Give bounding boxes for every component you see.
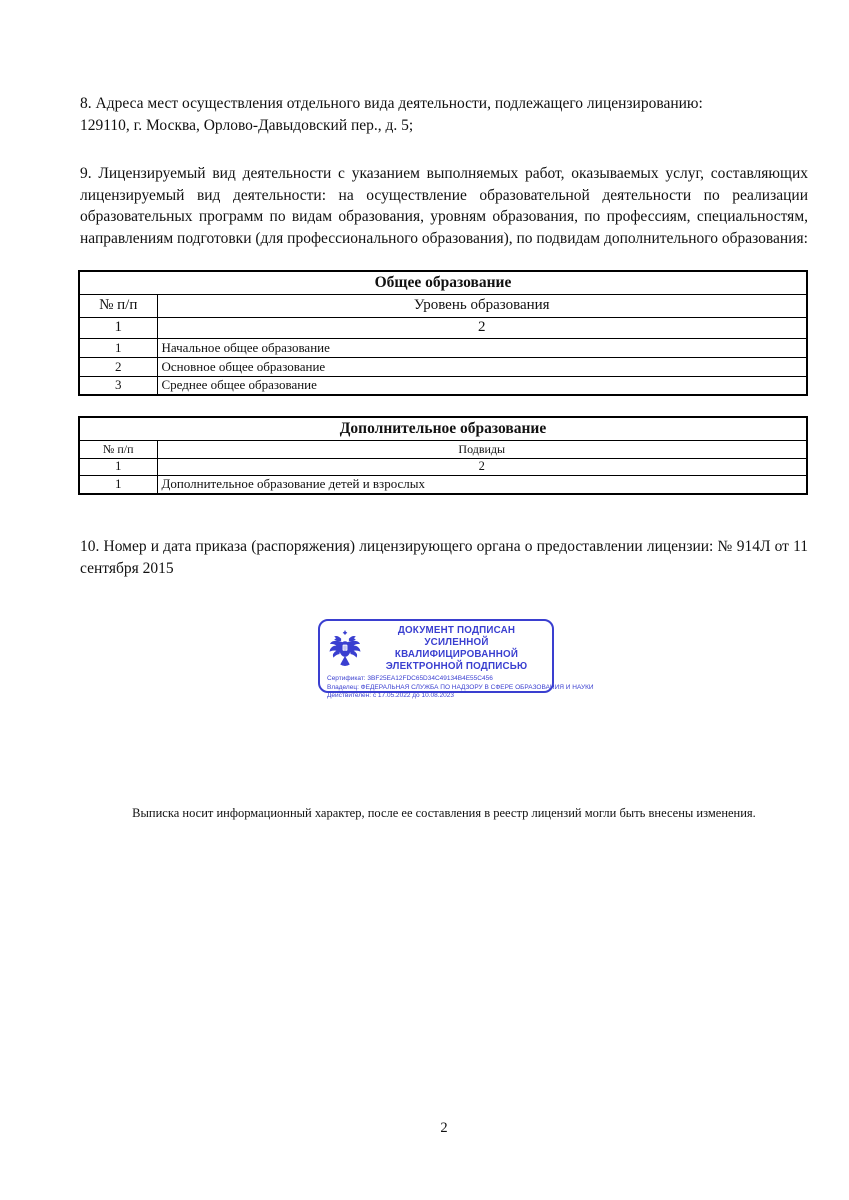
column-index-2: 2 bbox=[157, 317, 807, 338]
table-title: Дополнительное образование bbox=[79, 417, 807, 440]
education-level: Начальное общее образование bbox=[157, 338, 807, 357]
stamp-title: ДОКУМЕНТ ПОДПИСАН УСИЛЕННОЙ КВАЛИФИЦИРОВ… bbox=[368, 625, 545, 673]
footer-note: Выписка носит информационный характер, п… bbox=[80, 806, 808, 821]
column-header-number: № п/п bbox=[79, 440, 157, 458]
education-subtype: Дополнительное образование детей и взрос… bbox=[157, 475, 807, 494]
column-index-2: 2 bbox=[157, 458, 807, 475]
section-8-address: 129110, г. Москва, Орлово-Давыдовский пе… bbox=[80, 115, 808, 137]
general-education-table: Общее образование № п/п Уровень образова… bbox=[78, 270, 808, 396]
table-row: 2 Основное общее образование bbox=[79, 357, 807, 376]
column-header-level: Уровень образования bbox=[157, 294, 807, 317]
table-row: 3 Среднее общее образование bbox=[79, 376, 807, 395]
education-level: Среднее общее образование bbox=[157, 376, 807, 395]
row-number: 2 bbox=[79, 357, 157, 376]
column-index-1: 1 bbox=[79, 458, 157, 475]
table-row: 1 Дополнительное образование детей и взр… bbox=[79, 475, 807, 494]
section-8-heading: 8. Адреса мест осуществления отдельного … bbox=[80, 93, 808, 115]
license-extract-page: 8. Адреса мест осуществления отдельного … bbox=[0, 0, 849, 1200]
column-header-subtypes: Подвиды bbox=[157, 440, 807, 458]
page-number: 2 bbox=[80, 1120, 808, 1137]
section-9: 9. Лицензируемый вид деятельности с указ… bbox=[80, 163, 808, 249]
education-level: Основное общее образование bbox=[157, 357, 807, 376]
column-index-1: 1 bbox=[79, 317, 157, 338]
section-10-text: 10. Номер и дата приказа (распоряжения) … bbox=[80, 536, 808, 579]
stamp-owner: Владелец: ФЕДЕРАЛЬНАЯ СЛУЖБА ПО НАДЗОРУ … bbox=[327, 684, 545, 693]
column-header-number: № п/п bbox=[79, 294, 157, 317]
section-8: 8. Адреса мест осуществления отдельного … bbox=[80, 93, 808, 137]
row-number: 1 bbox=[79, 475, 157, 494]
additional-education-table: Дополнительное образование № п/п Подвиды… bbox=[78, 416, 808, 495]
table-title: Общее образование bbox=[79, 271, 807, 294]
section-10: 10. Номер и дата приказа (распоряжения) … bbox=[80, 536, 808, 579]
stamp-validity: Действителен: с 17.05.2022 до 10.08.2023 bbox=[327, 692, 545, 701]
row-number: 3 bbox=[79, 376, 157, 395]
section-9-text: 9. Лицензируемый вид деятельности с указ… bbox=[80, 163, 808, 249]
row-number: 1 bbox=[79, 338, 157, 357]
digital-signature-stamp: ДОКУМЕНТ ПОДПИСАН УСИЛЕННОЙ КВАЛИФИЦИРОВ… bbox=[318, 619, 554, 693]
stamp-certificate: Сертификат: 3BF25EA12FDC65D34C49134B4E55… bbox=[327, 675, 545, 684]
double-headed-eagle-icon bbox=[327, 630, 363, 668]
table-row: 1 Начальное общее образование bbox=[79, 338, 807, 357]
